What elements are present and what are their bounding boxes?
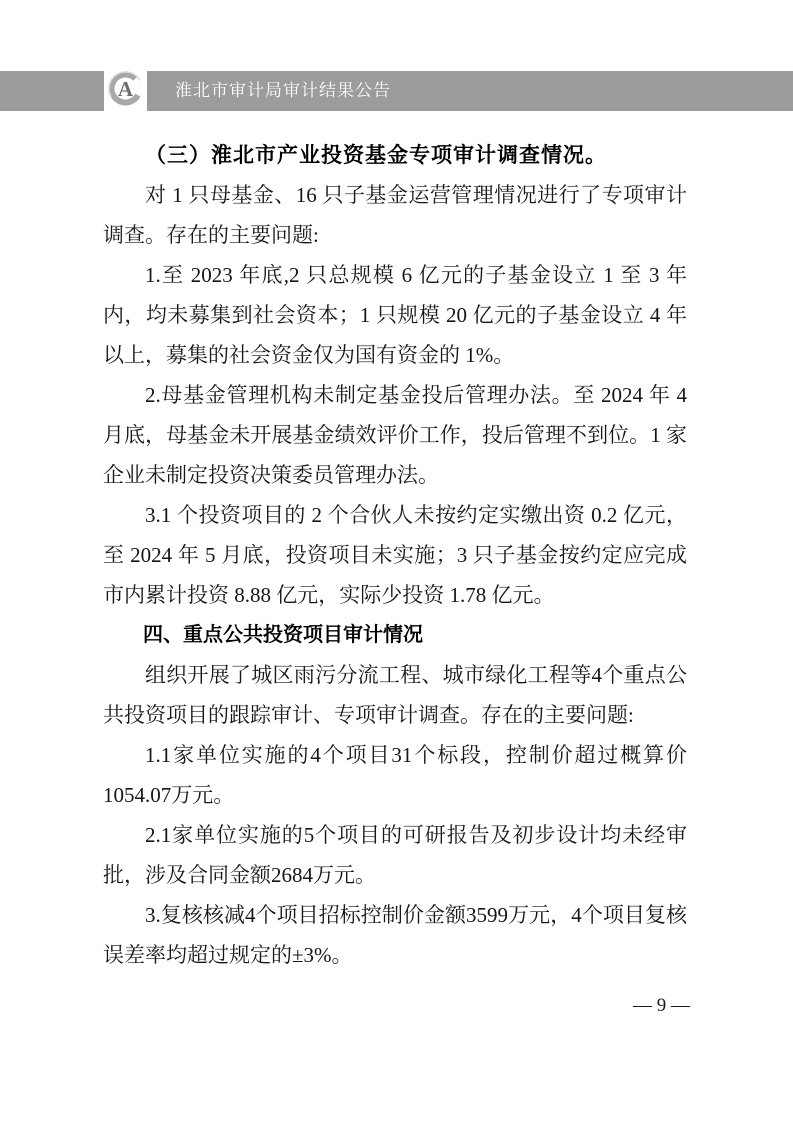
paragraph-intro-2: 组织开展了城区雨污分流工程、城市绿化工程等4个重点公共投资项目的跟踪审计、专项审… [103,655,687,735]
document-body: （三）淮北市产业投资基金专项审计调查情况。 对 1 只母基金、16 只子基金运营… [103,135,687,975]
page-number: — 9 — [633,995,690,1017]
paragraph-item-3: 3.1 个投资项目的 2 个合伙人未按约定实缴出资 0.2 亿元，至 2024 … [103,495,687,615]
section-heading-3: （三）淮北市产业投资基金专项审计调查情况。 [103,135,687,175]
document-page: { "header": { "title": "淮北市审计局审计结果公告", "… [0,0,793,1122]
paragraph-item-3b: 3.复核核减4个项目招标控制价金额3599万元，4个项目复核误差率均超过规定的±… [103,895,687,975]
header-title: 淮北市审计局审计结果公告 [175,71,391,111]
audit-logo: A [104,66,147,111]
paragraph-item-2b: 2.1家单位实施的5个项目的可研报告及初步设计均未经审批，涉及合同金额2684万… [103,815,687,895]
paragraph-item-2: 2.母基金管理机构未制定基金投后管理办法。至 2024 年 4 月底，母基金未开… [103,375,687,495]
paragraph-item-1: 1.至 2023 年底,2 只总规模 6 亿元的子基金设立 1 至 3 年内，均… [103,255,687,375]
section-heading-4: 四、重点公共投资项目审计情况 [103,615,687,655]
audit-emblem-icon: A [107,70,144,107]
paragraph-item-1b: 1.1家单位实施的4个项目31个标段，控制价超过概算价1054.07万元。 [103,735,687,815]
paragraph-intro: 对 1 只母基金、16 只子基金运营管理情况进行了专项审计调查。存在的主要问题: [103,175,687,255]
svg-text:A: A [118,77,134,101]
